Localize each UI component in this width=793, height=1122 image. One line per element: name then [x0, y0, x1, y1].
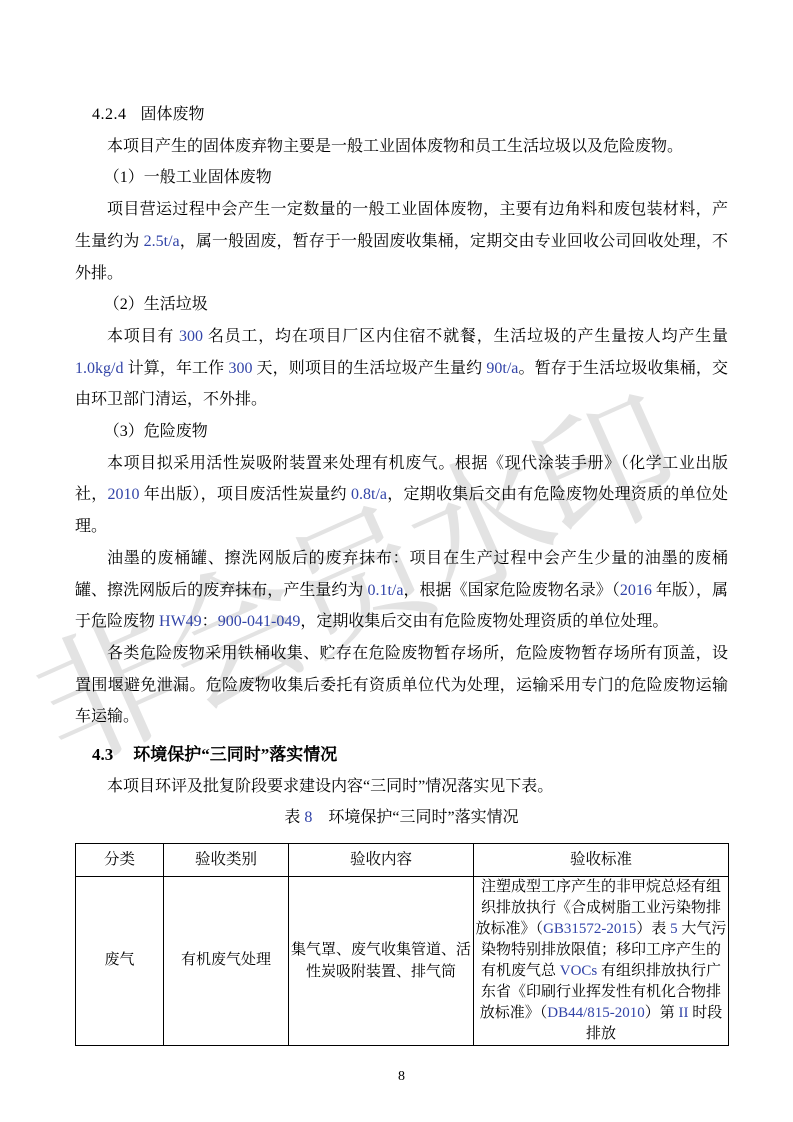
- table-caption: 表 8 环境保护“三同时”落实情况: [75, 802, 728, 834]
- table-row: 废气 有机废气处理 集气罩、废气收集管道、活性炭吸附装置、排气筒 注塑成型工序产…: [76, 876, 729, 1045]
- section-heading-43: 4.3环境保护“三同时”落实情况: [92, 739, 728, 771]
- header-acceptance-content: 验收内容: [289, 844, 474, 877]
- header-acceptance-type: 验收类别: [164, 844, 289, 877]
- cell-category: 废气: [76, 876, 164, 1045]
- cell-acceptance-type: 有机废气处理: [164, 876, 289, 1045]
- page-number: 8: [75, 1061, 728, 1093]
- document-page: 非会员水印 4.2.4固体废物 本项目产生的固体废弃物主要是一般工业固体废物和员…: [0, 0, 793, 1122]
- header-category: 分类: [76, 844, 164, 877]
- paragraph-hazardous-waste-2: 油墨的废桶罐、擦洗网版后的废弃抹布：项目在生产过程中会产生少量的油墨的废桶罐、擦…: [75, 543, 728, 638]
- cell-acceptance-content: 集气罩、废气收集管道、活性炭吸附装置、排气筒: [289, 876, 474, 1045]
- paragraph-domestic-garbage: 本项目有 300 名员工，均在项目厂区内住宿不就餐，生活垃圾的产生量按人均产生量…: [75, 321, 728, 416]
- subheading-general-solid-waste: （1）一般工业固体废物: [75, 162, 728, 194]
- subheading-domestic-garbage: （2）生活垃圾: [75, 289, 728, 321]
- section-title: 环境保护“三同时”落实情况: [133, 745, 337, 764]
- page-content: 4.2.4固体废物 本项目产生的固体废弃物主要是一般工业固体废物和员工生活垃圾以…: [75, 99, 728, 1093]
- header-acceptance-standard: 验收标准: [474, 844, 729, 877]
- table-header-row: 分类 验收类别 验收内容 验收标准: [76, 844, 729, 877]
- section-number: 4.3: [92, 745, 113, 764]
- section-number: 4.2.4: [92, 106, 127, 123]
- paragraph-43-intro: 本项目环评及批复阶段要求建设内容“三同时”情况落实见下表。: [75, 771, 728, 803]
- cell-acceptance-standard: 注塑成型工序产生的非甲烷总烃有组织排放执行《合成树脂工业污染物排放标准》（GB3…: [474, 876, 729, 1045]
- paragraph-general-solid-waste: 项目营运过程中会产生一定数量的一般工业固体废物，主要有边角料和废包装材料，产生量…: [75, 194, 728, 289]
- paragraph-hazardous-waste-3: 各类危险废物采用铁桶收集、贮存在危险废物暂存场所，危险废物暂存场所有顶盖，设置围…: [75, 638, 728, 733]
- three-simultaneous-table: 分类 验收类别 验收内容 验收标准 废气 有机废气处理 集气罩、废气收集管道、活…: [75, 843, 729, 1046]
- section-title: 固体废物: [141, 106, 205, 123]
- paragraph-424-intro: 本项目产生的固体废弃物主要是一般工业固体废物和员工生活垃圾以及危险废物。: [75, 131, 728, 163]
- subheading-hazardous-waste: （3）危险废物: [75, 416, 728, 448]
- paragraph-hazardous-waste-1: 本项目拟采用活性炭吸附装置来处理有机废气。根据《现代涂装手册》（化学工业出版社，…: [75, 448, 728, 543]
- section-heading-424: 4.2.4固体废物: [92, 99, 728, 131]
